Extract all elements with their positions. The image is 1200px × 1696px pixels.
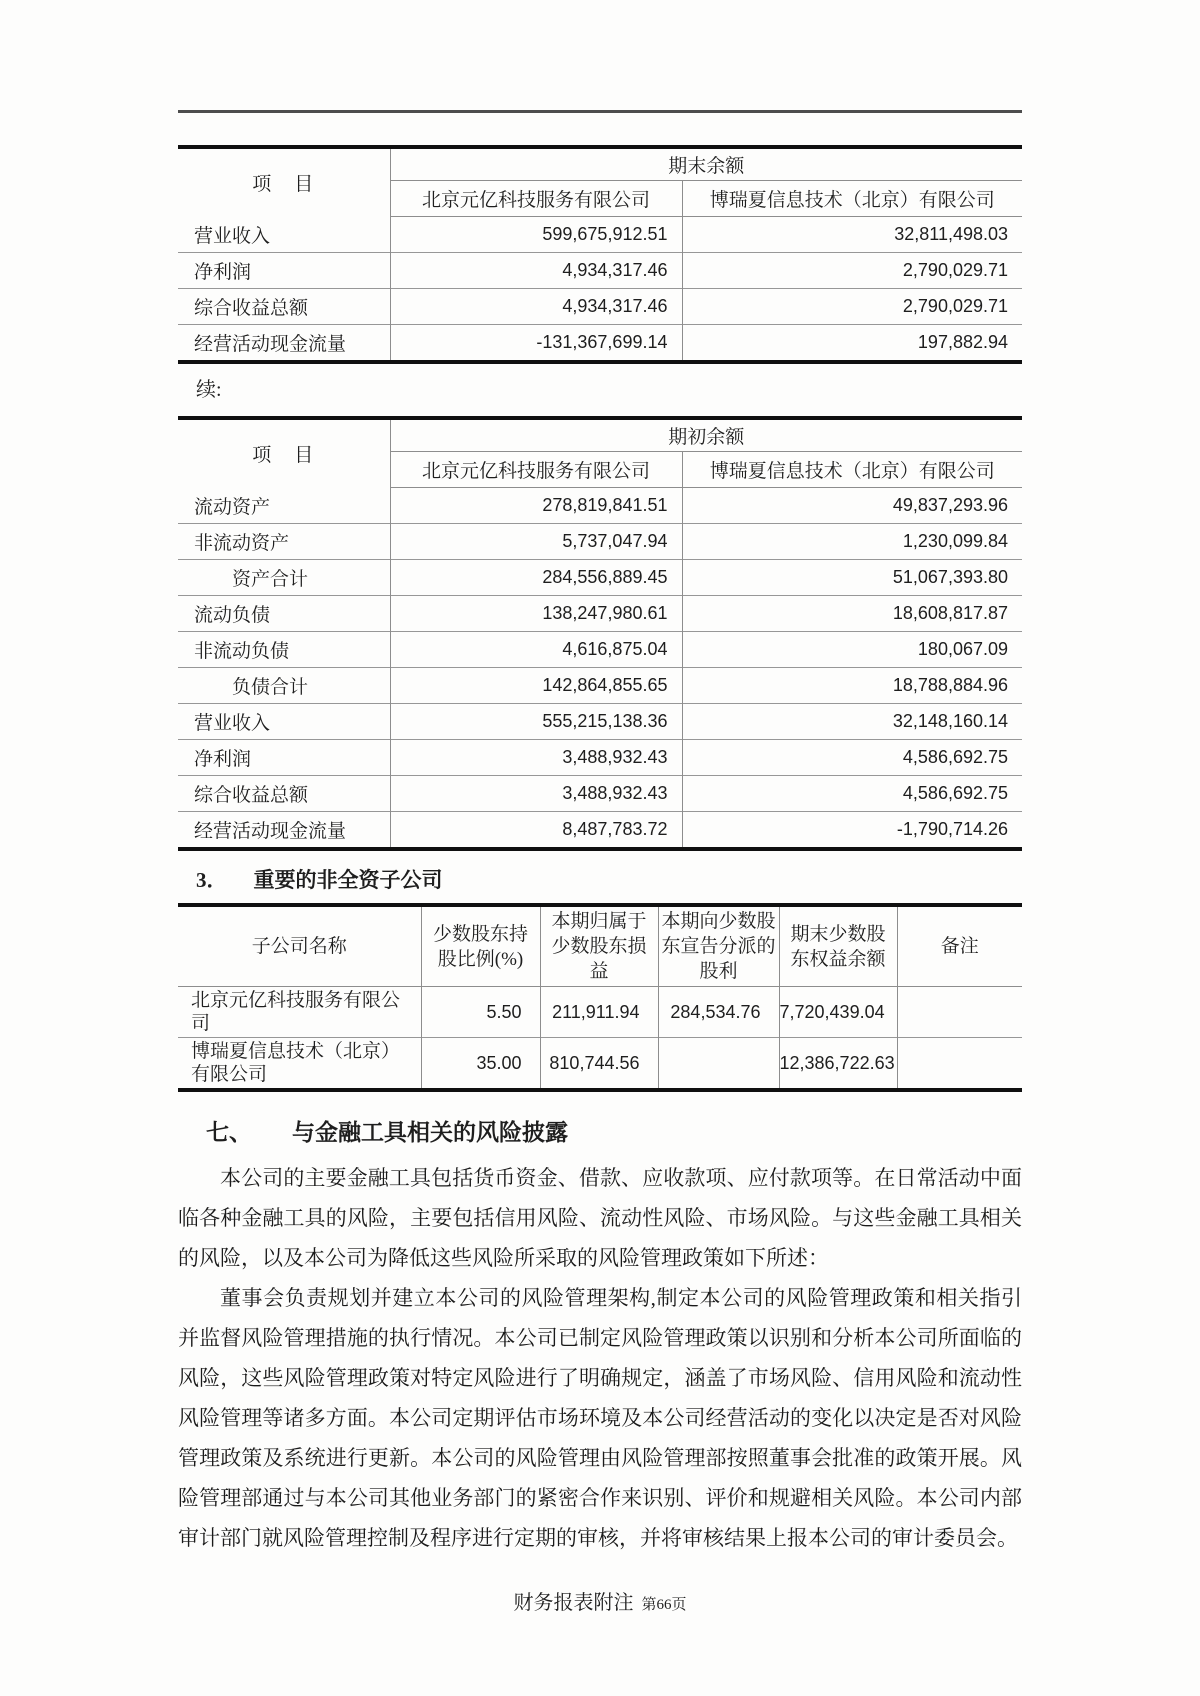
col-remark: 备注	[897, 905, 1022, 987]
row-label: 营业收入	[178, 704, 390, 740]
row-label: 经营活动现金流量	[178, 812, 390, 850]
footer-title: 财务报表附注	[513, 1592, 633, 1614]
value-cell	[658, 1038, 779, 1091]
value-cell: 284,534.76	[658, 987, 779, 1038]
table-row: 非流动资产5,737,047.941,230,099.84	[178, 524, 1022, 560]
company1-header: 北京元亿科技服务有限公司	[390, 452, 682, 488]
value-cell: 599,675,912.51	[390, 217, 682, 253]
row-label: 综合收益总额	[178, 776, 390, 812]
value-cell: 2,790,029.71	[682, 289, 1022, 325]
continued-label: 续:	[196, 378, 1022, 402]
section-3-number: 3．	[196, 868, 228, 892]
table-row: 经营活动现金流量-131,367,699.14197,882.94	[178, 325, 1022, 363]
row-label: 资产合计	[178, 560, 390, 596]
remark-cell	[897, 1038, 1022, 1091]
row-label: 北京元亿科技服务有限公司	[178, 987, 421, 1038]
table-header-row: 子公司名称 少数股东持股比例(%) 本期归属于少数股东损益 本期向少数股东宣告分…	[178, 905, 1022, 987]
table-row: 营业收入555,215,138.3632,148,160.14	[178, 704, 1022, 740]
value-cell: 35.00	[421, 1038, 540, 1091]
col-declared-dividend: 本期向少数股东宣告分派的股利	[658, 905, 779, 987]
value-cell: 138,247,980.61	[390, 596, 682, 632]
row-label: 非流动负债	[178, 632, 390, 668]
company2-header: 博瑞夏信息技术（北京）有限公司	[682, 181, 1022, 217]
table-row: 博瑞夏信息技术（北京）有限公司35.00810,744.5612,386,722…	[178, 1038, 1022, 1091]
value-cell: -1,790,714.26	[682, 812, 1022, 850]
table-row: 净利润3,488,932.434,586,692.75	[178, 740, 1022, 776]
risk-disclosure-text: 本公司的主要金融工具包括货币资金、借款、应收款项、应付款项等。在日常活动中面临各…	[178, 1158, 1022, 1558]
row-label: 综合收益总额	[178, 289, 390, 325]
row-label: 营业收入	[178, 217, 390, 253]
value-cell: 3,488,932.43	[390, 776, 682, 812]
item-column-header: 项 目	[178, 418, 390, 488]
value-cell: 278,819,841.51	[390, 488, 682, 524]
col-minority-equity: 期末少数股东权益余额	[779, 905, 897, 987]
risk-paragraph-2: 董事会负责规划并建立本公司的风险管理架构,制定本公司的风险管理政策和相关指引并监…	[178, 1278, 1022, 1558]
row-label: 经营活动现金流量	[178, 325, 390, 363]
value-cell: 197,882.94	[682, 325, 1022, 363]
table-row: 营业收入599,675,912.5132,811,498.03	[178, 217, 1022, 253]
table-row: 流动资产278,819,841.5149,837,293.96	[178, 488, 1022, 524]
balance-period-header: 期末余额	[390, 147, 1022, 181]
value-cell: -131,367,699.14	[390, 325, 682, 363]
value-cell: 3,488,932.43	[390, 740, 682, 776]
risk-paragraph-1: 本公司的主要金融工具包括货币资金、借款、应收款项、应付款项等。在日常活动中面临各…	[178, 1158, 1022, 1278]
subsidiaries-table: 子公司名称 少数股东持股比例(%) 本期归属于少数股东损益 本期向少数股东宣告分…	[178, 903, 1022, 1092]
value-cell: 12,386,722.63	[779, 1038, 897, 1091]
value-cell: 18,788,884.96	[682, 668, 1022, 704]
page-content: 项 目 期末余额 北京元亿科技服务有限公司 博瑞夏信息技术（北京）有限公司 营业…	[178, 0, 1022, 1615]
table-row: 负债合计142,864,855.6518,788,884.96	[178, 668, 1022, 704]
table-row: 流动负债138,247,980.6118,608,817.87	[178, 596, 1022, 632]
value-cell: 32,148,160.14	[682, 704, 1022, 740]
document-page: 项 目 期末余额 北京元亿科技服务有限公司 博瑞夏信息技术（北京）有限公司 营业…	[0, 0, 1200, 1696]
header-rule	[178, 110, 1022, 113]
value-cell: 8,487,783.72	[390, 812, 682, 850]
end-balance-table: 项 目 期末余额 北京元亿科技服务有限公司 博瑞夏信息技术（北京）有限公司 营业…	[178, 145, 1022, 364]
value-cell: 4,586,692.75	[682, 776, 1022, 812]
section-7-title: 与金融工具相关的风险披露	[292, 1120, 568, 1145]
row-label: 流动负债	[178, 596, 390, 632]
table-header-row: 项 目 期末余额	[178, 147, 1022, 181]
value-cell: 4,586,692.75	[682, 740, 1022, 776]
section-3-heading: 3．重要的非全资子公司	[196, 867, 1022, 893]
table-row: 综合收益总额3,488,932.434,586,692.75	[178, 776, 1022, 812]
row-label: 净利润	[178, 740, 390, 776]
value-cell: 1,230,099.84	[682, 524, 1022, 560]
row-label: 净利润	[178, 253, 390, 289]
value-cell: 32,811,498.03	[682, 217, 1022, 253]
company2-header: 博瑞夏信息技术（北京）有限公司	[682, 452, 1022, 488]
page-number: 第66页	[641, 1597, 686, 1613]
value-cell: 810,744.56	[540, 1038, 658, 1091]
page-footer: 财务报表附注第66页	[178, 1586, 1022, 1615]
opening-balance-table: 项 目 期初余额 北京元亿科技服务有限公司 博瑞夏信息技术（北京）有限公司 流动…	[178, 416, 1022, 851]
row-label: 流动资产	[178, 488, 390, 524]
section-3-title: 重要的非全资子公司	[254, 868, 443, 892]
value-cell: 4,616,875.04	[390, 632, 682, 668]
value-cell: 211,911.94	[540, 987, 658, 1038]
value-cell: 2,790,029.71	[682, 253, 1022, 289]
row-label: 非流动资产	[178, 524, 390, 560]
table-row: 资产合计284,556,889.4551,067,393.80	[178, 560, 1022, 596]
value-cell: 555,215,138.36	[390, 704, 682, 740]
value-cell: 49,837,293.96	[682, 488, 1022, 524]
table-row: 综合收益总额4,934,317.462,790,029.71	[178, 289, 1022, 325]
table-row: 非流动负债4,616,875.04180,067.09	[178, 632, 1022, 668]
section-7-heading: 七、与金融工具相关的风险披露	[206, 1118, 1022, 1148]
col-minority-pnl: 本期归属于少数股东损益	[540, 905, 658, 987]
remark-cell	[897, 987, 1022, 1038]
value-cell: 7,720,439.04	[779, 987, 897, 1038]
value-cell: 284,556,889.45	[390, 560, 682, 596]
row-label: 负债合计	[178, 668, 390, 704]
value-cell: 18,608,817.87	[682, 596, 1022, 632]
value-cell: 4,934,317.46	[390, 289, 682, 325]
value-cell: 4,934,317.46	[390, 253, 682, 289]
table-row: 净利润4,934,317.462,790,029.71	[178, 253, 1022, 289]
col-minority-ratio: 少数股东持股比例(%)	[421, 905, 540, 987]
table-header-row: 项 目 期初余额	[178, 418, 1022, 452]
value-cell: 5,737,047.94	[390, 524, 682, 560]
company1-header: 北京元亿科技服务有限公司	[390, 181, 682, 217]
value-cell: 51,067,393.80	[682, 560, 1022, 596]
col-subsidiary-name: 子公司名称	[178, 905, 421, 987]
value-cell: 5.50	[421, 987, 540, 1038]
item-column-header: 项 目	[178, 147, 390, 217]
value-cell: 142,864,855.65	[390, 668, 682, 704]
table-row: 经营活动现金流量8,487,783.72-1,790,714.26	[178, 812, 1022, 850]
section-7-number: 七、	[206, 1120, 252, 1145]
balance-period-header: 期初余额	[390, 418, 1022, 452]
table-row: 北京元亿科技服务有限公司5.50211,911.94284,534.767,72…	[178, 987, 1022, 1038]
row-label: 博瑞夏信息技术（北京）有限公司	[178, 1038, 421, 1091]
value-cell: 180,067.09	[682, 632, 1022, 668]
